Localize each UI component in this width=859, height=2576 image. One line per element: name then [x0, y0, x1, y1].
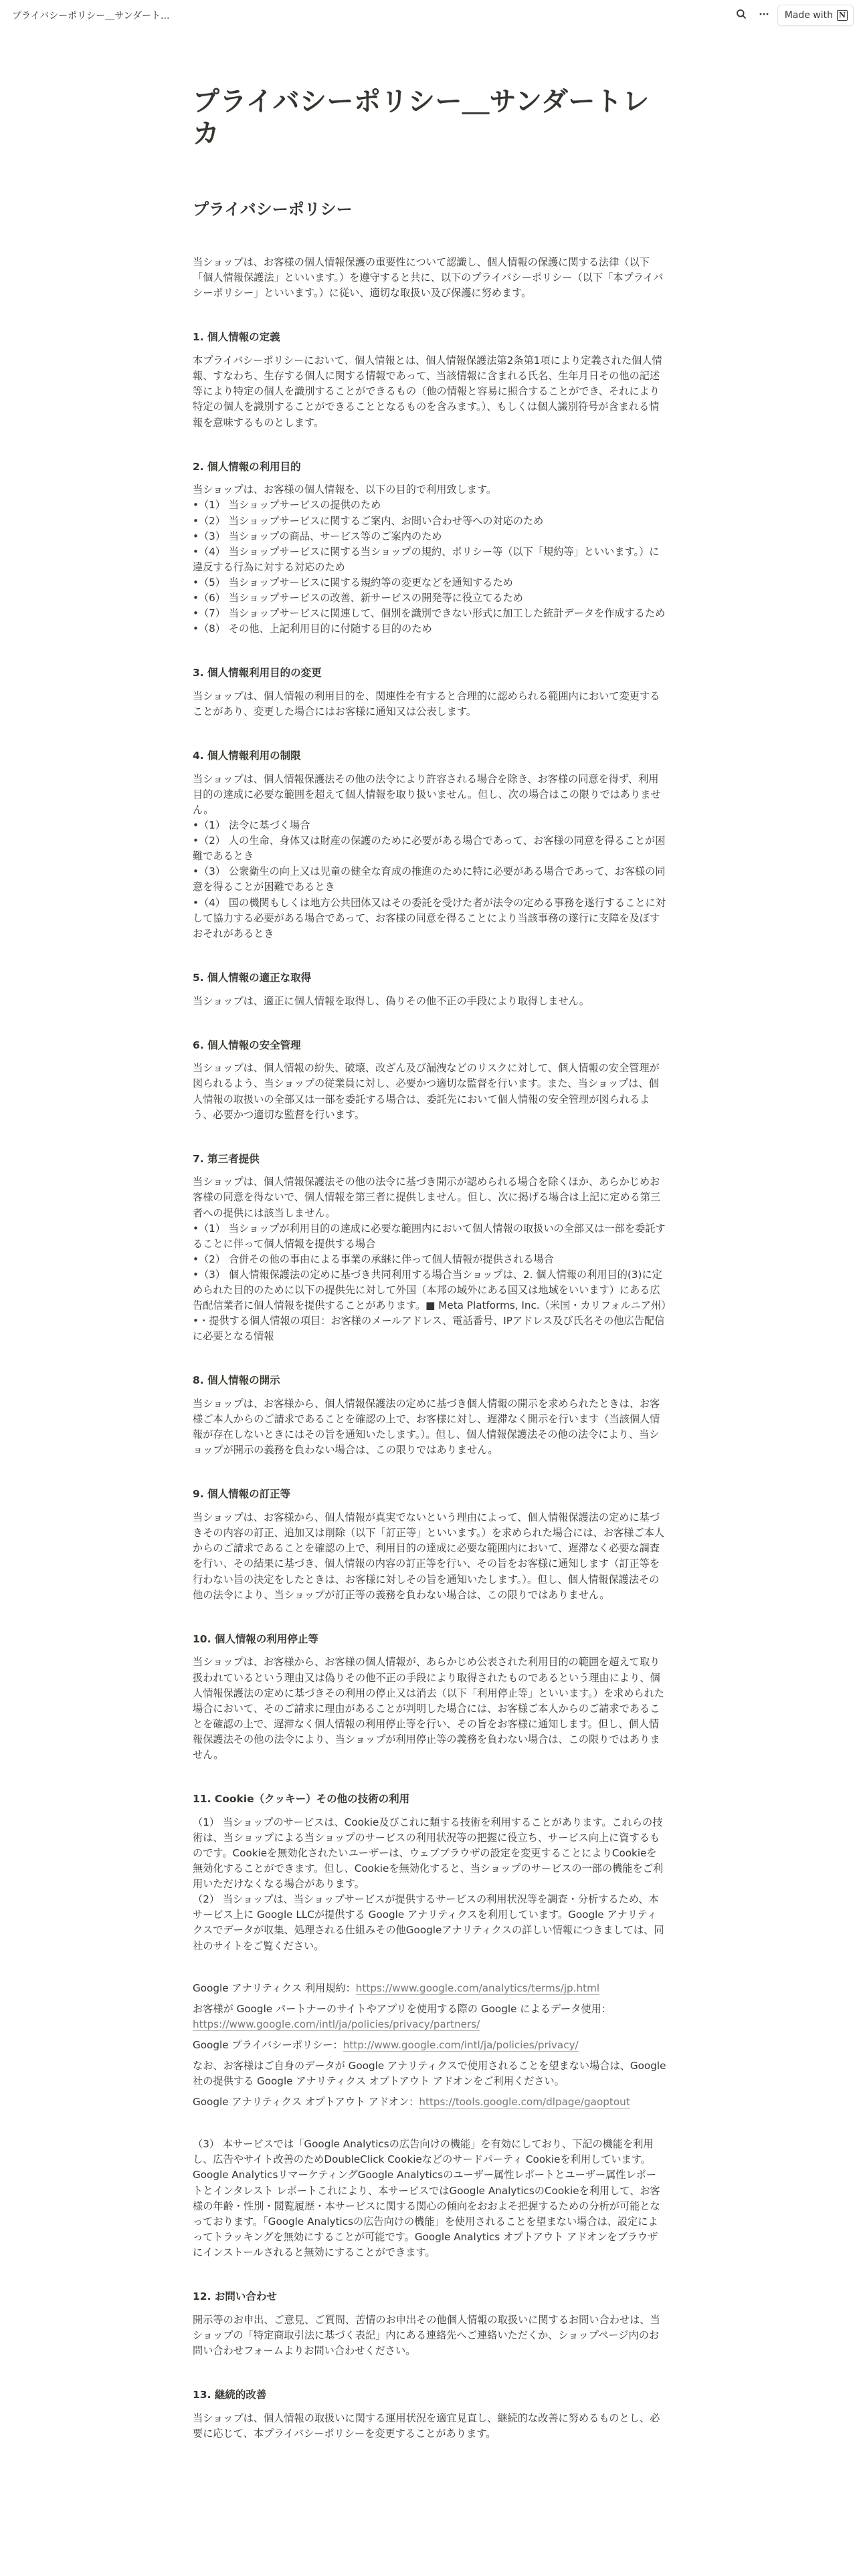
intro-paragraph: 当ショップは、お客様の個人情報保護の重要性について認識し、個人情報の保護に関する…	[193, 255, 666, 301]
more-horizontal-icon	[759, 9, 769, 22]
section-body: 開示等のお申出、ご意見、ご質問、苦情のお申出その他個人情報の取扱いに関するお問い…	[193, 2313, 666, 2359]
paragraph-line: 当ショップは、お客様から、個人情報保護法の定めに基づき個人情報の開示を求められた…	[193, 1396, 666, 1458]
final-sections: 12. お問い合わせ開示等のお申出、ご意見、ご質問、苦情のお申出その他個人情報の…	[193, 2290, 666, 2442]
google-partners-link[interactable]: https://www.google.com/intl/ja/policies/…	[193, 2018, 480, 2031]
made-with-notion-button[interactable]: Made with N	[777, 5, 854, 26]
section-title: 12. お問い合わせ	[193, 2290, 666, 2304]
list-item: •（3） 個人情報保護法の定めに基づき共同利用する場合当ショップは、2. 個人情…	[193, 1267, 666, 1313]
section-title: 8. 個人情報の開示	[193, 1374, 666, 1388]
list-item: •（1） 当ショップが利用目的の達成に必要な範囲内において個人情報の取扱いの全部…	[193, 1221, 666, 1252]
list-item: •（4） 当ショップサービスに関する当ショップの規約、ポリシー等（以下「規約等」…	[193, 544, 666, 575]
section-title: 11. Cookie（クッキー）その他の技術の利用	[193, 1792, 666, 1807]
optout-note: なお、お客様はご自身のデータが Google アナリティクスで使用されることを望…	[193, 2058, 666, 2089]
link-line-privacy: Google プライバシーポリシー：http://www.google.com/…	[193, 2038, 666, 2053]
section-body: 当ショップは、お客様から、お客様の個人情報が、あらかじめ公表された利用目的の範囲…	[193, 1654, 666, 1763]
section-body: 当ショップは、個人情報の紛失、破壊、改ざん及び漏洩などのリスクに対して、個人情報…	[193, 1061, 666, 1122]
link-label: Google アナリティクス オプトアウト アドオン：	[193, 2096, 419, 2108]
list-item: •（1） 法令に基づく場合	[193, 818, 666, 833]
list-item: •（3） 公衆衛生の向上又は児童の健全な育成の推進のために特に必要がある場合であ…	[193, 864, 666, 895]
link-line-terms: Google アナリティクス 利用規約：https://www.google.c…	[193, 1981, 666, 1996]
top-bar: プライバシーポリシー＿サンダート... Made with N	[0, 0, 859, 30]
policy-section: 7. 第三者提供当ショップは、個人情報保護法その他の法令に基づき開示が認められる…	[193, 1152, 666, 1345]
topbar-actions: Made with N	[732, 5, 854, 26]
section-title: 10. 個人情報の利用停止等	[193, 1632, 666, 1647]
list-item: •・提供する個人情報の項目：お客様のメールアドレス、電話番号、IPアドレス及び氏…	[193, 1313, 666, 1344]
section-body: 当ショップは、個人情報保護法その他の法令により許容される場合を除き、お客様の同意…	[193, 772, 666, 942]
section-body: 当ショップは、お客様の個人情報を、以下の目的で利用致します。•（1） 当ショップ…	[193, 482, 666, 637]
paragraph-line: 当ショップは、お客様の個人情報を、以下の目的で利用致します。	[193, 482, 666, 498]
google-analytics-terms-link[interactable]: https://www.google.com/analytics/terms/j…	[356, 1982, 599, 1995]
page-content: プライバシーポリシー＿サンダートレカ プライバシーポリシー 当ショップは、お客様…	[193, 0, 666, 2522]
google-privacy-link[interactable]: http://www.google.com/intl/ja/policies/p…	[343, 2039, 579, 2052]
list-item: •（1） 当ショップサービスの提供のため	[193, 498, 666, 513]
search-icon	[736, 9, 747, 22]
paragraph-line: 当ショップは、個人情報の取扱いに関する運用状況を適宜見直し、継続的な改善に努める…	[193, 2411, 666, 2442]
section-cookie: 11. Cookie（クッキー）その他の技術の利用 （1） 当ショップのサービス…	[193, 1792, 666, 2260]
made-with-label: Made with	[785, 10, 833, 21]
link-label: お客様が Google パートナーのサイトやアプリを使用する際の Google …	[193, 2003, 611, 2015]
section-title: 13. 継続的改善	[193, 2388, 666, 2403]
paragraph-line: 本プライバシーポリシーにおいて、個人情報とは、個人情報保護法第2条第1項により定…	[193, 353, 666, 430]
paragraph-line: 開示等のお申出、ご意見、ご質問、苦情のお申出その他個人情報の取扱いに関するお問い…	[193, 2313, 666, 2359]
google-optout-link[interactable]: https://tools.google.com/dlpage/gaoptout	[419, 2096, 630, 2109]
list-item: •（4） 国の機関もしくは地方公共団体又はその委託を受けた者が法令の定める事務を…	[193, 895, 666, 942]
policy-section: 9. 個人情報の訂正等当ショップは、お客様から、個人情報が真実でないという理由に…	[193, 1487, 666, 1602]
policy-heading: プライバシーポリシー	[193, 199, 666, 220]
list-item: •（2） 合併その他の事由による事業の承継に伴って個人情報が提供される場合	[193, 1252, 666, 1267]
cookie-paragraph-3: （3） 本サービスでは「Google Analyticsの広告向けの機能」を有効…	[193, 2137, 666, 2260]
cookie-paragraph-2: （2） 当ショップは、当ショップサービスが提供するサービスの利用状況等を調査・分…	[193, 1892, 666, 1953]
link-line-partners: お客様が Google パートナーのサイトやアプリを使用する際の Google …	[193, 2002, 666, 2032]
section-title: 7. 第三者提供	[193, 1152, 666, 1167]
list-item: •（2） 人の生命、身体又は財産の保護のために必要がある場合であって、お客様の同…	[193, 833, 666, 864]
paragraph-line: 当ショップは、個人情報の利用目的を、関連性を有すると合理的に認められる範囲内にお…	[193, 689, 666, 720]
section-body: 本プライバシーポリシーにおいて、個人情報とは、個人情報保護法第2条第1項により定…	[193, 353, 666, 430]
section-body: 当ショップは、個人情報保護法その他の法令に基づき開示が認められる場合を除くほか、…	[193, 1174, 666, 1344]
paragraph-line: 当ショップは、個人情報の紛失、破壊、改ざん及び漏洩などのリスクに対して、個人情報…	[193, 1061, 666, 1122]
page-title: プライバシーポリシー＿サンダートレカ	[193, 86, 666, 150]
list-item: •（6） 当ショップサービスの改善、新サービスの開発等に役立てるため	[193, 591, 666, 606]
section-title: 4. 個人情報利用の制限	[193, 749, 666, 764]
list-item: •（7） 当ショップサービスに関連して、個別を識別できない形式に加工した統計デー…	[193, 606, 666, 621]
list-item: •（2） 当ショップサービスに関するご案内、お問い合わせ等への対応のため	[193, 514, 666, 529]
section-title: 1. 個人情報の定義	[193, 330, 666, 345]
policy-section: 4. 個人情報利用の制限当ショップは、個人情報保護法その他の法令により許容される…	[193, 749, 666, 942]
section-body: 当ショップは、お客様から、個人情報が真実でないという理由によって、個人情報保護法…	[193, 1510, 666, 1603]
paragraph-line: 当ショップは、適正に個人情報を取得し、偽りその他不正の手段により取得しません。	[193, 994, 666, 1009]
paragraph-line: 当ショップは、個人情報保護法その他の法令に基づき開示が認められる場合を除くほか、…	[193, 1174, 666, 1220]
section-body: 当ショップは、お客様から、個人情報保護法の定めに基づき個人情報の開示を求められた…	[193, 1396, 666, 1458]
policy-section: 6. 個人情報の安全管理当ショップは、個人情報の紛失、破壊、改ざん及び漏洩などの…	[193, 1039, 666, 1123]
google-links-block: Google アナリティクス 利用規約：https://www.google.c…	[193, 1981, 666, 2111]
section-title: 5. 個人情報の適正な取得	[193, 971, 666, 986]
list-item: •（5） 当ショップサービスに関する規約等の変更などを通知するため	[193, 575, 666, 591]
policy-sections: 1. 個人情報の定義本プライバシーポリシーにおいて、個人情報とは、個人情報保護法…	[193, 330, 666, 1763]
link-label: Google アナリティクス 利用規約：	[193, 1982, 356, 1994]
policy-section: 8. 個人情報の開示当ショップは、お客様から、個人情報保護法の定めに基づき個人情…	[193, 1374, 666, 1458]
section-body: 当ショップは、個人情報の利用目的を、関連性を有すると合理的に認められる範囲内にお…	[193, 689, 666, 720]
policy-section: 13. 継続的改善当ショップは、個人情報の取扱いに関する運用状況を適宜見直し、継…	[193, 2388, 666, 2442]
paragraph-line: 当ショップは、お客様から、お客様の個人情報が、あらかじめ公表された利用目的の範囲…	[193, 1654, 666, 1763]
section-title: 3. 個人情報利用目的の変更	[193, 666, 666, 681]
policy-section: 5. 個人情報の適正な取得当ショップは、適正に個人情報を取得し、偽りその他不正の…	[193, 971, 666, 1009]
list-item: •（3） 当ショップの商品、サービス等のご案内のため	[193, 529, 666, 544]
policy-section: 1. 個人情報の定義本プライバシーポリシーにおいて、個人情報とは、個人情報保護法…	[193, 330, 666, 430]
policy-section: 10. 個人情報の利用停止等当ショップは、お客様から、お客様の個人情報が、あらか…	[193, 1632, 666, 1763]
list-item: •（8） その他、上記利用目的に付随する目的のため	[193, 621, 666, 637]
link-label: Google プライバシーポリシー：	[193, 2039, 343, 2051]
section-body: 当ショップは、個人情報の取扱いに関する運用状況を適宜見直し、継続的な改善に努める…	[193, 2411, 666, 2442]
breadcrumb-page-title[interactable]: プライバシーポリシー＿サンダート...	[9, 7, 172, 24]
section-body: 当ショップは、適正に個人情報を取得し、偽りその他不正の手段により取得しません。	[193, 994, 666, 1009]
paragraph-line: 当ショップは、個人情報保護法その他の法令により許容される場合を除き、お客様の同意…	[193, 772, 666, 818]
link-line-optout: Google アナリティクス オプトアウト アドオン：https://tools…	[193, 2095, 666, 2110]
section-title: 9. 個人情報の訂正等	[193, 1487, 666, 1502]
notion-logo-icon: N	[837, 10, 848, 21]
policy-section: 12. お問い合わせ開示等のお申出、ご意見、ご質問、苦情のお申出その他個人情報の…	[193, 2290, 666, 2359]
search-button[interactable]	[732, 6, 751, 25]
policy-section: 2. 個人情報の利用目的当ショップは、お客様の個人情報を、以下の目的で利用致しま…	[193, 460, 666, 637]
section-title: 6. 個人情報の安全管理	[193, 1039, 666, 1053]
cookie-paragraph-1: （1） 当ショップのサービスは、Cookie及びこれに類する技術を利用することが…	[193, 1815, 666, 1892]
more-options-button[interactable]	[755, 6, 773, 25]
section-title: 2. 個人情報の利用目的	[193, 460, 666, 475]
paragraph-line: 当ショップは、お客様から、個人情報が真実でないという理由によって、個人情報保護法…	[193, 1510, 666, 1603]
policy-section: 3. 個人情報利用目的の変更当ショップは、個人情報の利用目的を、関連性を有すると…	[193, 666, 666, 720]
